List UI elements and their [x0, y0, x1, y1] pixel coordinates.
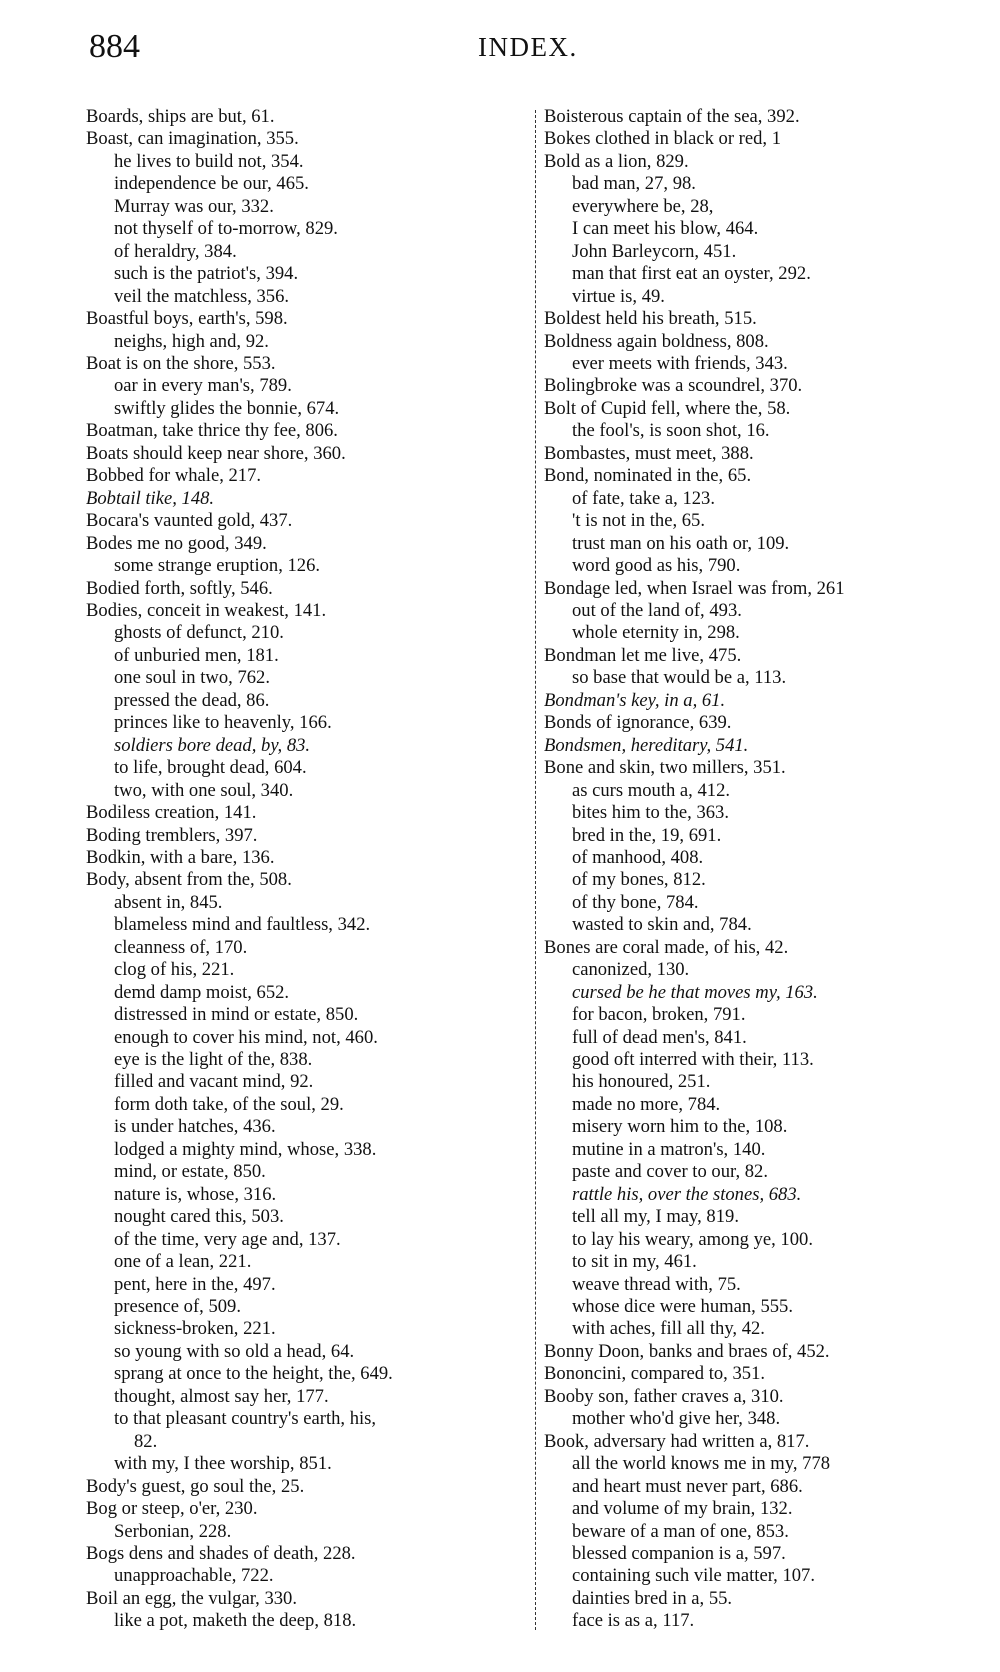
entry-text: swiftly glides the bonnie, 674.	[114, 398, 339, 419]
entry-text: veil the matchless, 356.	[114, 286, 289, 307]
index-subentry: all the world knows me in my, 778	[544, 1453, 984, 1475]
index-subentry: nought cared this, 503.	[86, 1206, 526, 1228]
index-entry: Bobtail tike, 148.	[86, 488, 526, 510]
entry-text: sprang at once to the height, the, 649.	[114, 1363, 393, 1384]
index-subentry: Serbonian, 228.	[86, 1521, 526, 1543]
entry-text: one soul in two, 762.	[114, 667, 270, 688]
entry-text: Body's guest, go soul the, 25.	[86, 1476, 304, 1497]
entry-text: pent, here in the, 497.	[114, 1274, 276, 1295]
entry-text: trust man on his oath or, 109.	[572, 533, 789, 554]
entry-text: Bog or steep, o'er, 230.	[86, 1498, 257, 1519]
index-entry: Bolt of Cupid fell, where the, 58.	[544, 398, 984, 420]
entry-text: nought cared this, 503.	[114, 1206, 284, 1227]
entry-text: weave thread with, 75.	[572, 1274, 741, 1295]
index-subentry: I can meet his blow, 464.	[544, 218, 984, 240]
entry-text: such is the patriot's, 394.	[114, 263, 298, 284]
entry-text: to sit in my, 461.	[572, 1251, 697, 1272]
index-entry: Boldest held his breath, 515.	[544, 308, 984, 330]
entry-text: is under hatches, 436.	[114, 1116, 276, 1137]
entry-text: bred in the, 19, 691.	[572, 825, 721, 846]
entry-text: Bogs dens and shades of death, 228.	[86, 1543, 356, 1564]
entry-text: some strange eruption, 126.	[114, 555, 320, 576]
entry-text: so young with so old a head, 64.	[114, 1341, 354, 1362]
entry-text: virtue is, 49.	[572, 286, 665, 307]
index-subentry: soldiers bore dead, by, 83.	[86, 735, 526, 757]
entry-text: rattle his, over the stones, 683.	[572, 1184, 801, 1205]
entry-text: good oft interred with their, 113.	[572, 1049, 814, 1070]
entry-text: mutine in a matron's, 140.	[572, 1139, 765, 1160]
index-subentry: the fool's, is soon shot, 16.	[544, 420, 984, 442]
index-subentry: and heart must never part, 686.	[544, 1476, 984, 1498]
entry-text: like a pot, maketh the deep, 818.	[114, 1610, 356, 1631]
index-subentry: word good as his, 790.	[544, 555, 984, 577]
index-subentry: weave thread with, 75.	[544, 1274, 984, 1296]
index-subentry: 82.	[86, 1431, 526, 1453]
entry-text: Bodies, conceit in weakest, 141.	[86, 600, 326, 621]
index-subentry: his honoured, 251.	[544, 1071, 984, 1093]
entry-text: Bodied forth, softly, 546.	[86, 578, 273, 599]
index-subentry: with aches, fill all thy, 42.	[544, 1318, 984, 1340]
entry-text: full of dead men's, 841.	[572, 1027, 747, 1048]
entry-text: to that pleasant country's earth, his,	[114, 1408, 376, 1429]
entry-text: one of a lean, 221.	[114, 1251, 251, 1272]
index-subentry: full of dead men's, 841.	[544, 1027, 984, 1049]
entry-text: nature is, whose, 316.	[114, 1184, 276, 1205]
entry-text: the fool's, is soon shot, 16.	[572, 420, 770, 441]
index-entry: Bonny Doon, banks and braes of, 452.	[544, 1341, 984, 1363]
index-entry: Body's guest, go soul the, 25.	[86, 1476, 526, 1498]
entry-text: and volume of my brain, 132.	[572, 1498, 793, 1519]
index-subentry: independence be our, 465.	[86, 173, 526, 195]
entry-text: so base that would be a, 113.	[572, 667, 786, 688]
index-subentry: clog of his, 221.	[86, 959, 526, 981]
entry-text: Bobbed for whale, 217.	[86, 465, 261, 486]
entry-text: Bondman's key, in a, 61.	[544, 690, 725, 711]
entry-text: as curs mouth a, 412.	[572, 780, 730, 801]
index-entry: Bondman let me live, 475.	[544, 645, 984, 667]
index-subentry: paste and cover to our, 82.	[544, 1161, 984, 1183]
entry-text: not thyself of to-morrow, 829.	[114, 218, 338, 239]
index-subentry: bred in the, 19, 691.	[544, 825, 984, 847]
index-entry: Boldness again boldness, 808.	[544, 331, 984, 353]
entry-text: Bondsmen, hereditary, 541.	[544, 735, 748, 756]
index-entry: Bombastes, must meet, 388.	[544, 443, 984, 465]
index-entry: Bodied forth, softly, 546.	[86, 578, 526, 600]
entry-text: Bond, nominated in the, 65.	[544, 465, 751, 486]
index-subentry: mutine in a matron's, 140.	[544, 1139, 984, 1161]
index-subentry: canonized, 130.	[544, 959, 984, 981]
entry-text: pressed the dead, 86.	[114, 690, 269, 711]
entry-text: Bone and skin, two millers, 351.	[544, 757, 786, 778]
entry-text: Bones are coral made, of his, 42.	[544, 937, 788, 958]
entry-text: clog of his, 221.	[114, 959, 234, 980]
entry-text: two, with one soul, 340.	[114, 780, 293, 801]
index-subentry: made no more, 784.	[544, 1094, 984, 1116]
index-subentry: two, with one soul, 340.	[86, 780, 526, 802]
index-subentry: sprang at once to the height, the, 649.	[86, 1363, 526, 1385]
entry-text: Boats should keep near shore, 360.	[86, 443, 346, 464]
index-subentry: princes like to heavenly, 166.	[86, 712, 526, 734]
entry-text: Boards, ships are but, 61.	[86, 106, 275, 127]
index-subentry: to lay his weary, among ye, 100.	[544, 1229, 984, 1251]
entry-text: Boast, can imagination, 355.	[86, 128, 299, 149]
entry-text: Bombastes, must meet, 388.	[544, 443, 754, 464]
entry-text: man that first eat an oyster, 292.	[572, 263, 811, 284]
index-subentry: is under hatches, 436.	[86, 1116, 526, 1138]
index-subentry: of my bones, 812.	[544, 869, 984, 891]
entry-text: Bolingbroke was a scoundrel, 370.	[544, 375, 802, 396]
entry-text: for bacon, broken, 791.	[572, 1004, 746, 1025]
entry-text: face is as a, 117.	[572, 1610, 694, 1631]
index-entry: Boast, can imagination, 355.	[86, 128, 526, 150]
entry-text: Boldest held his breath, 515.	[544, 308, 757, 329]
entry-text: tell all my, I may, 819.	[572, 1206, 739, 1227]
entry-text: everywhere be, 28,	[572, 196, 713, 217]
index-subentry: pent, here in the, 497.	[86, 1274, 526, 1296]
index-entry: Boil an egg, the vulgar, 330.	[86, 1588, 526, 1610]
entry-text: thought, almost say her, 177.	[114, 1386, 329, 1407]
entry-text: paste and cover to our, 82.	[572, 1161, 768, 1182]
entry-text: Body, absent from the, 508.	[86, 869, 292, 890]
index-subentry: ghosts of defunct, 210.	[86, 622, 526, 644]
index-entry: Bodes me no good, 349.	[86, 533, 526, 555]
entry-text: demd damp moist, 652.	[114, 982, 289, 1003]
entry-text: Bocara's vaunted gold, 437.	[86, 510, 292, 531]
index-subentry: bites him to the, 363.	[544, 802, 984, 824]
entry-text: Boil an egg, the vulgar, 330.	[86, 1588, 297, 1609]
index-subentry: and volume of my brain, 132.	[544, 1498, 984, 1520]
entry-text: Bolt of Cupid fell, where the, 58.	[544, 398, 790, 419]
index-subentry: of manhood, 408.	[544, 847, 984, 869]
entry-text: Serbonian, 228.	[114, 1521, 231, 1542]
entry-text: soldiers bore dead, by, 83.	[114, 735, 310, 756]
index-subentry: to sit in my, 461.	[544, 1251, 984, 1273]
entry-text: blameless mind and faultless, 342.	[114, 914, 370, 935]
index-entry: Bobbed for whale, 217.	[86, 465, 526, 487]
index-subentry: so young with so old a head, 64.	[86, 1341, 526, 1363]
index-entry: Bonds of ignorance, 639.	[544, 712, 984, 734]
index-subentry: man that first eat an oyster, 292.	[544, 263, 984, 285]
index-subentry: one of a lean, 221.	[86, 1251, 526, 1273]
index-subentry: enough to cover his mind, not, 460.	[86, 1027, 526, 1049]
entry-text: enough to cover his mind, not, 460.	[114, 1027, 378, 1048]
index-subentry: sickness-broken, 221.	[86, 1318, 526, 1340]
index-subentry: bad man, 27, 98.	[544, 173, 984, 195]
index-entry: Bones are coral made, of his, 42.	[544, 937, 984, 959]
entry-text: unapproachable, 722.	[114, 1565, 274, 1586]
index-subentry: for bacon, broken, 791.	[544, 1004, 984, 1026]
index-subentry: John Barleycorn, 451.	[544, 241, 984, 263]
entry-text: of my bones, 812.	[572, 869, 706, 890]
entry-text: lodged a mighty mind, whose, 338.	[114, 1139, 376, 1160]
entry-text: of the time, very age and, 137.	[114, 1229, 341, 1250]
entry-text: whole eternity in, 298.	[572, 622, 740, 643]
index-subentry: neighs, high and, 92.	[86, 331, 526, 353]
entry-text: bad man, 27, 98.	[572, 173, 696, 194]
index-subentry: of fate, take a, 123.	[544, 488, 984, 510]
entry-text: Boldness again boldness, 808.	[544, 331, 769, 352]
index-subentry: of the time, very age and, 137.	[86, 1229, 526, 1251]
index-subentry: ever meets with friends, 343.	[544, 353, 984, 375]
index-entry: Booby son, father craves a, 310.	[544, 1386, 984, 1408]
index-entry: Bone and skin, two millers, 351.	[544, 757, 984, 779]
index-entry: Bondage led, when Israel was from, 261	[544, 578, 984, 600]
entry-text: with my, I thee worship, 851.	[114, 1453, 332, 1474]
entry-text: Bobtail tike, 148.	[86, 488, 214, 509]
index-subentry: dainties bred in a, 55.	[544, 1588, 984, 1610]
entry-text: Bonds of ignorance, 639.	[544, 712, 731, 733]
index-column-left: Boards, ships are but, 61.Boast, can ima…	[86, 106, 526, 1633]
column-divider	[535, 110, 536, 1630]
entry-text: made no more, 784.	[572, 1094, 720, 1115]
entry-text: I can meet his blow, 464.	[572, 218, 758, 239]
index-subentry: blameless mind and faultless, 342.	[86, 914, 526, 936]
index-subentry: Murray was our, 332.	[86, 196, 526, 218]
entry-text: Bonny Doon, banks and braes of, 452.	[544, 1341, 830, 1362]
entry-text: mother who'd give her, 348.	[572, 1408, 780, 1429]
index-subentry: containing such vile matter, 107.	[544, 1565, 984, 1587]
index-subentry: demd damp moist, 652.	[86, 982, 526, 1004]
index-entry: Boastful boys, earth's, 598.	[86, 308, 526, 330]
index-subentry: 't is not in the, 65.	[544, 510, 984, 532]
index-entry: Bokes clothed in black or red, 1	[544, 128, 984, 150]
entry-text: Bodes me no good, 349.	[86, 533, 267, 554]
entry-text: Boastful boys, earth's, 598.	[86, 308, 288, 329]
index-subentry: lodged a mighty mind, whose, 338.	[86, 1139, 526, 1161]
index-subentry: like a pot, maketh the deep, 818.	[86, 1610, 526, 1632]
index-subentry: eye is the light of the, 838.	[86, 1049, 526, 1071]
entry-text: Bodkin, with a bare, 136.	[86, 847, 275, 868]
index-subentry: rattle his, over the stones, 683.	[544, 1184, 984, 1206]
entry-text: ever meets with friends, 343.	[572, 353, 788, 374]
entry-text: to lay his weary, among ye, 100.	[572, 1229, 813, 1250]
index-subentry: wasted to skin and, 784.	[544, 914, 984, 936]
index-entry: Bogs dens and shades of death, 228.	[86, 1543, 526, 1565]
index-column-right: Boisterous captain of the sea, 392.Bokes…	[544, 106, 984, 1633]
entry-text: wasted to skin and, 784.	[572, 914, 752, 935]
entry-text: cursed be he that moves my, 163.	[572, 982, 818, 1003]
index-subentry: trust man on his oath or, 109.	[544, 533, 984, 555]
index-entry: Boards, ships are but, 61.	[86, 106, 526, 128]
index-subentry: beware of a man of one, 853.	[544, 1521, 984, 1543]
index-entry: Bog or steep, o'er, 230.	[86, 1498, 526, 1520]
index-subentry: to that pleasant country's earth, his,	[86, 1408, 526, 1430]
index-subentry: nature is, whose, 316.	[86, 1184, 526, 1206]
entry-text: presence of, 509.	[114, 1296, 241, 1317]
index-entry: Bodies, conceit in weakest, 141.	[86, 600, 526, 622]
entry-text: ghosts of defunct, 210.	[114, 622, 284, 643]
entry-text: misery worn him to the, 108.	[572, 1116, 787, 1137]
index-entry: Bocara's vaunted gold, 437.	[86, 510, 526, 532]
entry-text: oar in every man's, 789.	[114, 375, 292, 396]
index-entry: Boding tremblers, 397.	[86, 825, 526, 847]
entry-text: Murray was our, 332.	[114, 196, 274, 217]
entry-text: dainties bred in a, 55.	[572, 1588, 732, 1609]
index-subentry: some strange eruption, 126.	[86, 555, 526, 577]
index-subentry: misery worn him to the, 108.	[544, 1116, 984, 1138]
entry-text: and heart must never part, 686.	[572, 1476, 803, 1497]
index-subentry: cleanness of, 170.	[86, 937, 526, 959]
index-subentry: thought, almost say her, 177.	[86, 1386, 526, 1408]
index-entry: Bondsmen, hereditary, 541.	[544, 735, 984, 757]
index-subentry: so base that would be a, 113.	[544, 667, 984, 689]
index-subentry: filled and vacant mind, 92.	[86, 1071, 526, 1093]
entry-text: eye is the light of the, 838.	[114, 1049, 312, 1070]
index-subentry: out of the land of, 493.	[544, 600, 984, 622]
index-subentry: of unburied men, 181.	[86, 645, 526, 667]
index-subentry: mind, or estate, 850.	[86, 1161, 526, 1183]
index-subentry: one soul in two, 762.	[86, 667, 526, 689]
index-subentry: cursed be he that moves my, 163.	[544, 982, 984, 1004]
index-subentry: form doth take, of the soul, 29.	[86, 1094, 526, 1116]
entry-text: beware of a man of one, 853.	[572, 1521, 789, 1542]
entry-text: filled and vacant mind, 92.	[114, 1071, 313, 1092]
entry-text: with aches, fill all thy, 42.	[572, 1318, 765, 1339]
index-subentry: veil the matchless, 356.	[86, 286, 526, 308]
entry-text: Bondage led, when Israel was from, 261	[544, 578, 845, 599]
entry-text: Boatman, take thrice thy fee, 806.	[86, 420, 338, 441]
index-subentry: oar in every man's, 789.	[86, 375, 526, 397]
index-subentry: good oft interred with their, 113.	[544, 1049, 984, 1071]
entry-text: Boat is on the shore, 553.	[86, 353, 276, 374]
index-subentry: pressed the dead, 86.	[86, 690, 526, 712]
entry-text: bites him to the, 363.	[572, 802, 729, 823]
index-subentry: presence of, 509.	[86, 1296, 526, 1318]
entry-text: of unburied men, 181.	[114, 645, 279, 666]
index-entry: Bolingbroke was a scoundrel, 370.	[544, 375, 984, 397]
entry-text: of fate, take a, 123.	[572, 488, 715, 509]
entry-text: Boding tremblers, 397.	[86, 825, 257, 846]
index-subentry: of thy bone, 784.	[544, 892, 984, 914]
entry-text: his honoured, 251.	[572, 1071, 710, 1092]
page-number: 884	[89, 28, 140, 66]
index-subentry: distressed in mind or estate, 850.	[86, 1004, 526, 1026]
index-subentry: not thyself of to-morrow, 829.	[86, 218, 526, 240]
index-subentry: tell all my, I may, 819.	[544, 1206, 984, 1228]
index-entry: Bononcini, compared to, 351.	[544, 1363, 984, 1385]
entry-text: John Barleycorn, 451.	[572, 241, 736, 262]
entry-text: Bononcini, compared to, 351.	[544, 1363, 765, 1384]
entry-text: independence be our, 465.	[114, 173, 309, 194]
entry-text: to life, brought dead, 604.	[114, 757, 307, 778]
index-entry: Book, adversary had written a, 817.	[544, 1431, 984, 1453]
index-subentry: whose dice were human, 555.	[544, 1296, 984, 1318]
entry-text: absent in, 845.	[114, 892, 222, 913]
entry-text: Book, adversary had written a, 817.	[544, 1431, 809, 1452]
index-entry: Bond, nominated in the, 65.	[544, 465, 984, 487]
entry-text: mind, or estate, 850.	[114, 1161, 266, 1182]
index-subentry: as curs mouth a, 412.	[544, 780, 984, 802]
index-entry: Boatman, take thrice thy fee, 806.	[86, 420, 526, 442]
index-entry: Bodkin, with a bare, 136.	[86, 847, 526, 869]
index-entry: Body, absent from the, 508.	[86, 869, 526, 891]
entry-text: word good as his, 790.	[572, 555, 740, 576]
entry-text: 82.	[134, 1431, 157, 1452]
index-subentry: whole eternity in, 298.	[544, 622, 984, 644]
entry-text: containing such vile matter, 107.	[572, 1565, 815, 1586]
entry-text: of heraldry, 384.	[114, 241, 237, 262]
entry-text: of thy bone, 784.	[572, 892, 699, 913]
entry-text: out of the land of, 493.	[572, 600, 742, 621]
index-subentry: swiftly glides the bonnie, 674.	[86, 398, 526, 420]
index-subentry: unapproachable, 722.	[86, 1565, 526, 1587]
index-subentry: with my, I thee worship, 851.	[86, 1453, 526, 1475]
index-entry: Bold as a lion, 829.	[544, 151, 984, 173]
entry-text: distressed in mind or estate, 850.	[114, 1004, 358, 1025]
index-subentry: such is the patriot's, 394.	[86, 263, 526, 285]
entry-text: whose dice were human, 555.	[572, 1296, 793, 1317]
entry-text: Bokes clothed in black or red, 1	[544, 128, 781, 149]
entry-text: Bondman let me live, 475.	[544, 645, 741, 666]
index-subentry: he lives to build not, 354.	[86, 151, 526, 173]
entry-text: canonized, 130.	[572, 959, 689, 980]
index-subentry: mother who'd give her, 348.	[544, 1408, 984, 1430]
entry-text: 't is not in the, 65.	[572, 510, 705, 531]
index-entry: Bondman's key, in a, 61.	[544, 690, 984, 712]
entry-text: Bodiless creation, 141.	[86, 802, 256, 823]
index-subentry: of heraldry, 384.	[86, 241, 526, 263]
index-entry: Boisterous captain of the sea, 392.	[544, 106, 984, 128]
entry-text: neighs, high and, 92.	[114, 331, 269, 352]
page-title: INDEX.	[478, 32, 578, 63]
index-subentry: absent in, 845.	[86, 892, 526, 914]
entry-text: Bold as a lion, 829.	[544, 151, 689, 172]
index-subentry: to life, brought dead, 604.	[86, 757, 526, 779]
entry-text: cleanness of, 170.	[114, 937, 247, 958]
entry-text: form doth take, of the soul, 29.	[114, 1094, 344, 1115]
entry-text: princes like to heavenly, 166.	[114, 712, 332, 733]
index-subentry: blessed companion is a, 597.	[544, 1543, 984, 1565]
index-subentry: face is as a, 117.	[544, 1610, 984, 1632]
index-subentry: virtue is, 49.	[544, 286, 984, 308]
entry-text: of manhood, 408.	[572, 847, 703, 868]
index-entry: Boat is on the shore, 553.	[86, 353, 526, 375]
entry-text: blessed companion is a, 597.	[572, 1543, 786, 1564]
entry-text: he lives to build not, 354.	[114, 151, 304, 172]
index-entry: Boats should keep near shore, 360.	[86, 443, 526, 465]
entry-text: sickness-broken, 221.	[114, 1318, 276, 1339]
index-entry: Bodiless creation, 141.	[86, 802, 526, 824]
entry-text: all the world knows me in my, 778	[572, 1453, 830, 1474]
entry-text: Boisterous captain of the sea, 392.	[544, 106, 800, 127]
index-subentry: everywhere be, 28,	[544, 196, 984, 218]
entry-text: Booby son, father craves a, 310.	[544, 1386, 784, 1407]
